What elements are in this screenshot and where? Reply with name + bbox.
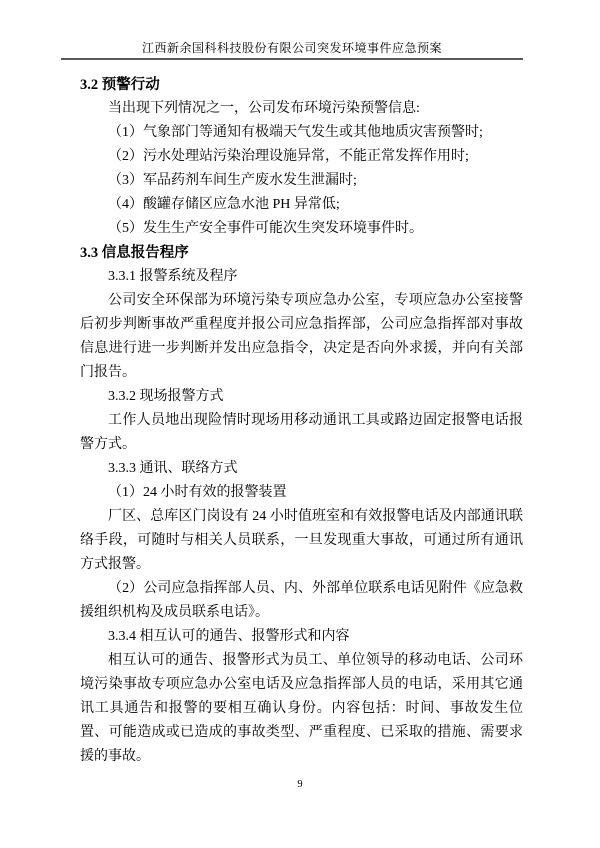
para-24h-duty: 厂区、总库区门岗设有 24 小时值班室和有效报警电话及内部通讯联络手段，可随时与…	[80, 505, 523, 577]
sub-heading-3-3-2: 3.3.2 现场报警方式	[80, 385, 523, 409]
page-header: 江西新余国科科技股份有限公司突发环境事件应急预案	[61, 41, 523, 60]
para-onsite-alarm: 工作人员地出现险情时现场用移动通讯工具或路边固定报警电话报警方式。	[80, 409, 523, 457]
sub-heading-3-3-1: 3.3.1 报警系统及程序	[80, 265, 523, 289]
warning-list-item-4: （4）酸罐存储区应急水池 PH 异常低;	[80, 193, 523, 217]
sub-heading-3-3-3: 3.3.3 通讯、联络方式	[80, 457, 523, 481]
section-heading-3-3: 3.3 信息报告程序	[80, 241, 523, 265]
comm-list-item-2: （2）公司应急指挥部人员、内、外部单位联系电话见附件《应急救援组织机构及成员联系…	[80, 577, 523, 625]
warning-list-item-2: （2）污水处理站污染治理设施异常，不能正常发挥作用时;	[80, 145, 523, 169]
page-number: 9	[297, 779, 302, 790]
para-mutual-notification: 相互认可的通告、报警形式为员工、单位领导的移动电话、公司环境污染事故专项应急办公…	[80, 649, 523, 769]
comm-list-item-1: （1）24 小时有效的报警装置	[80, 481, 523, 505]
warning-list-item-1: （1）气象部门等通知有极端天气发生或其他地质灾害预警时;	[80, 121, 523, 145]
warning-list-item-3: （3）军品药剂车间生产废水发生泄漏时;	[80, 169, 523, 193]
sub-heading-3-3-4: 3.3.4 相互认可的通告、报警形式和内容	[80, 625, 523, 649]
warning-list-item-5: （5）发生生产安全事件可能次生突发环境事件时。	[80, 217, 523, 241]
section-heading-3-2: 3.2 预警行动	[80, 73, 523, 97]
document-page: 江西新余国科科技股份有限公司突发环境事件应急预案 3.2 预警行动 当出现下列情…	[0, 0, 600, 848]
page-footer: 9	[0, 774, 600, 792]
document-body: 3.2 预警行动 当出现下列情况之一，公司发布环境污染预警信息: （1）气象部门…	[80, 73, 523, 769]
para-alarm-system: 公司安全环保部为环境污染专项应急办公室，专项应急办公室接警后初步判断事故严重程度…	[80, 289, 523, 385]
header-title: 江西新余国科科技股份有限公司突发环境事件应急预案	[61, 41, 523, 55]
para-warning-intro: 当出现下列情况之一，公司发布环境污染预警信息:	[80, 97, 523, 121]
